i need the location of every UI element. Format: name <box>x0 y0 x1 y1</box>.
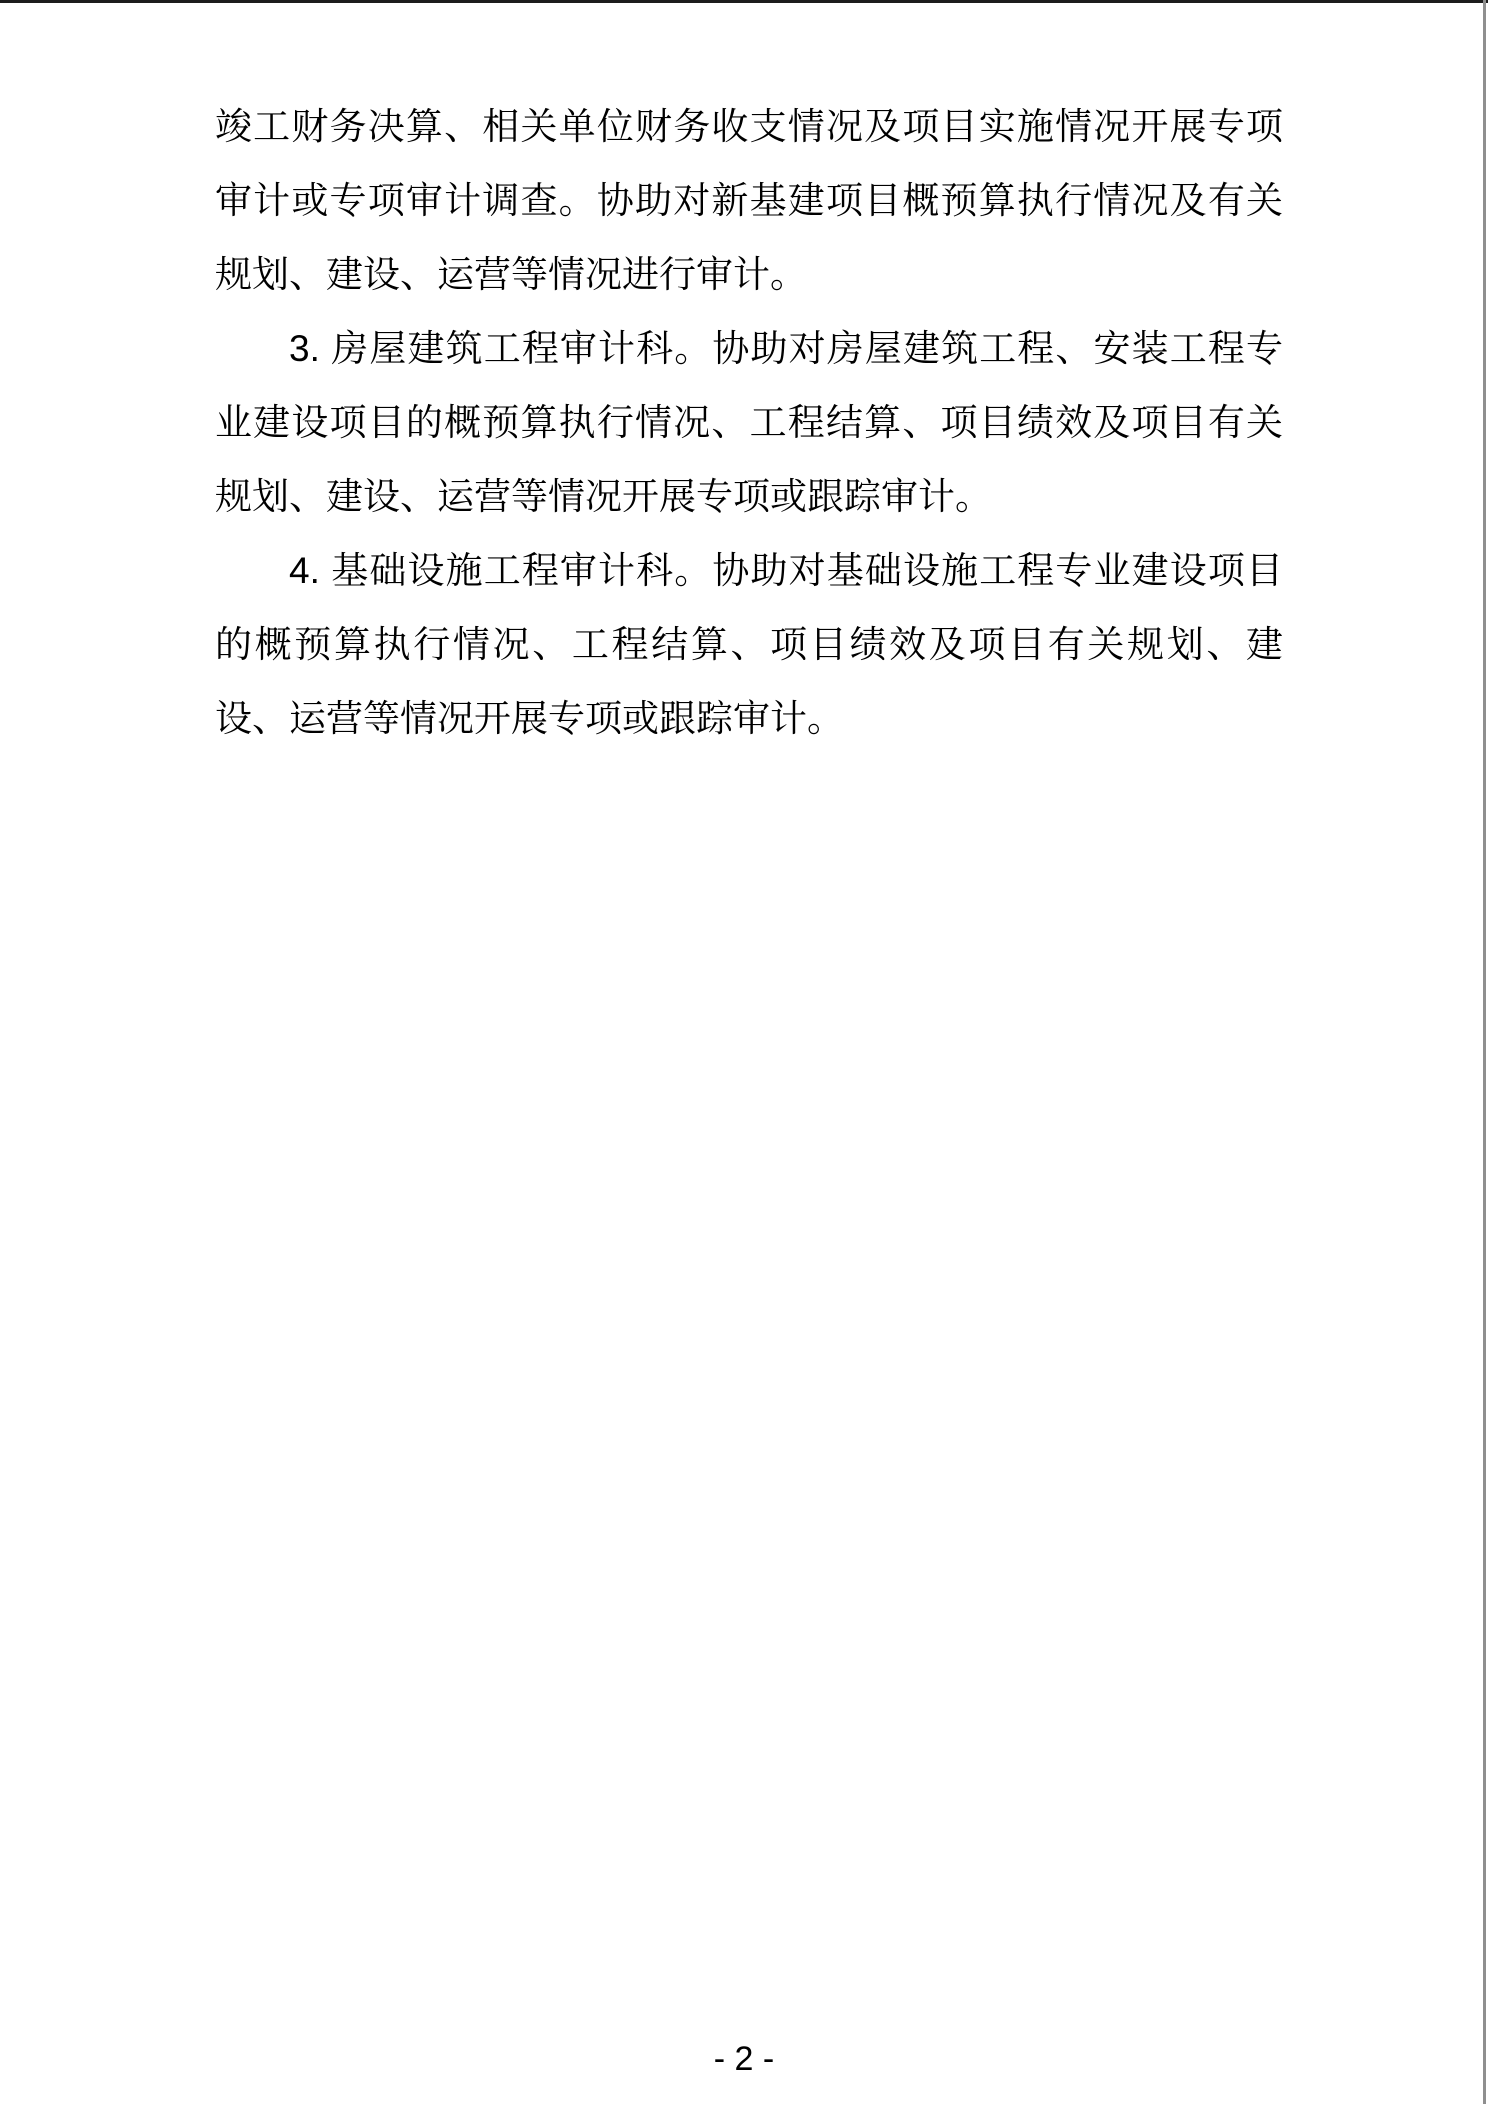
text-line: 审计或专项审计调查。协助对新基建项目概预算执行情况及有关 <box>215 164 1283 238</box>
text-line: 规划、建设、运营等情况进行审计。 <box>215 238 1283 312</box>
page-top-edge <box>0 0 1488 3</box>
text-line: 业建设项目的概预算执行情况、工程结算、项目绩效及项目有关 <box>215 386 1283 460</box>
text-line: 3. 房屋建筑工程审计科。协助对房屋建筑工程、安装工程专 <box>215 312 1283 386</box>
page-right-edge <box>1483 0 1486 2104</box>
text-line: 的概预算执行情况、工程结算、项目绩效及项目有关规划、建 <box>215 608 1283 682</box>
text-line: 竣工财务决算、相关单位财务收支情况及项目实施情况开展专项 <box>215 90 1283 164</box>
text-line: 规划、建设、运营等情况开展专项或跟踪审计。 <box>215 460 1283 534</box>
body-text: 竣工财务决算、相关单位财务收支情况及项目实施情况开展专项 审计或专项审计调查。协… <box>215 90 1283 756</box>
text-line: 4. 基础设施工程审计科。协助对基础设施工程专业建设项目 <box>215 534 1283 608</box>
text-line: 设、运营等情况开展专项或跟踪审计。 <box>215 682 1283 756</box>
page-number: - 2 - <box>0 2036 1488 2082</box>
